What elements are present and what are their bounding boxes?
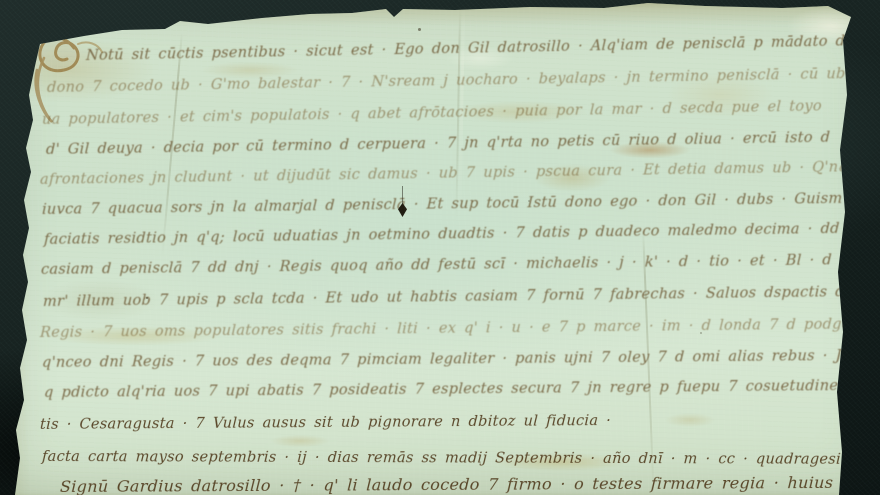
manuscript-text-line: facta carta mayso septembris · ij · dias… bbox=[41, 448, 880, 469]
manuscript-text-line: mr' illum uob 7 upis p scla tcda · Et ud… bbox=[43, 283, 877, 311]
manuscript-text-line: ua populatores · et cim's populatois · q… bbox=[42, 97, 823, 129]
edge-chip bbox=[15, 154, 24, 179]
manuscript-text-line: faciatis residtio jn q'q; locū uduatias … bbox=[44, 220, 840, 249]
ink-speck bbox=[418, 28, 421, 31]
manuscript-text-line: Signū Gardius datrosillo · † · q' li lau… bbox=[60, 474, 872, 495]
manuscript-text-line: Regis · 7 uos oms populatores sitis frac… bbox=[40, 315, 880, 342]
manuscript-text-line: casiam d penisclā 7 dd dnj · Regis quoq … bbox=[41, 250, 880, 279]
manuscript-photograph: Notū sit cūctis psentibus · sicut est · … bbox=[0, 0, 880, 495]
manuscript-text-line: Notū sit cūctis psentibus · sicut est · … bbox=[86, 31, 880, 65]
manuscript-text-line: q'nceo dni Regis · 7 uos des deqma 7 pim… bbox=[42, 347, 857, 372]
manuscript-text-line: d' Gil deuya · decia por cū termino d ce… bbox=[46, 129, 831, 159]
parchment-sheet: Notū sit cūctis psentibus · sicut est · … bbox=[0, 0, 880, 495]
edge-chip bbox=[27, 118, 31, 128]
insertion-caret-mark bbox=[402, 186, 403, 204]
edge-chip bbox=[18, 222, 25, 240]
manuscript-text-line: dono 7 cocedo ub · G'mo balestar · 7 · N… bbox=[47, 64, 880, 97]
manuscript-text-line: afrontaciones jn cludunt · ut dijudūt si… bbox=[40, 158, 853, 189]
manuscript-text-line: q pdicto alq'ria uos 7 upi abatis 7 posi… bbox=[44, 377, 880, 402]
manuscript-text-line: tis · Cesaragusta · 7 Vulus ausus sit ub… bbox=[40, 412, 612, 434]
manuscript-text-line: iuvca 7 quacua sors jn la almarjal d pen… bbox=[42, 189, 880, 219]
